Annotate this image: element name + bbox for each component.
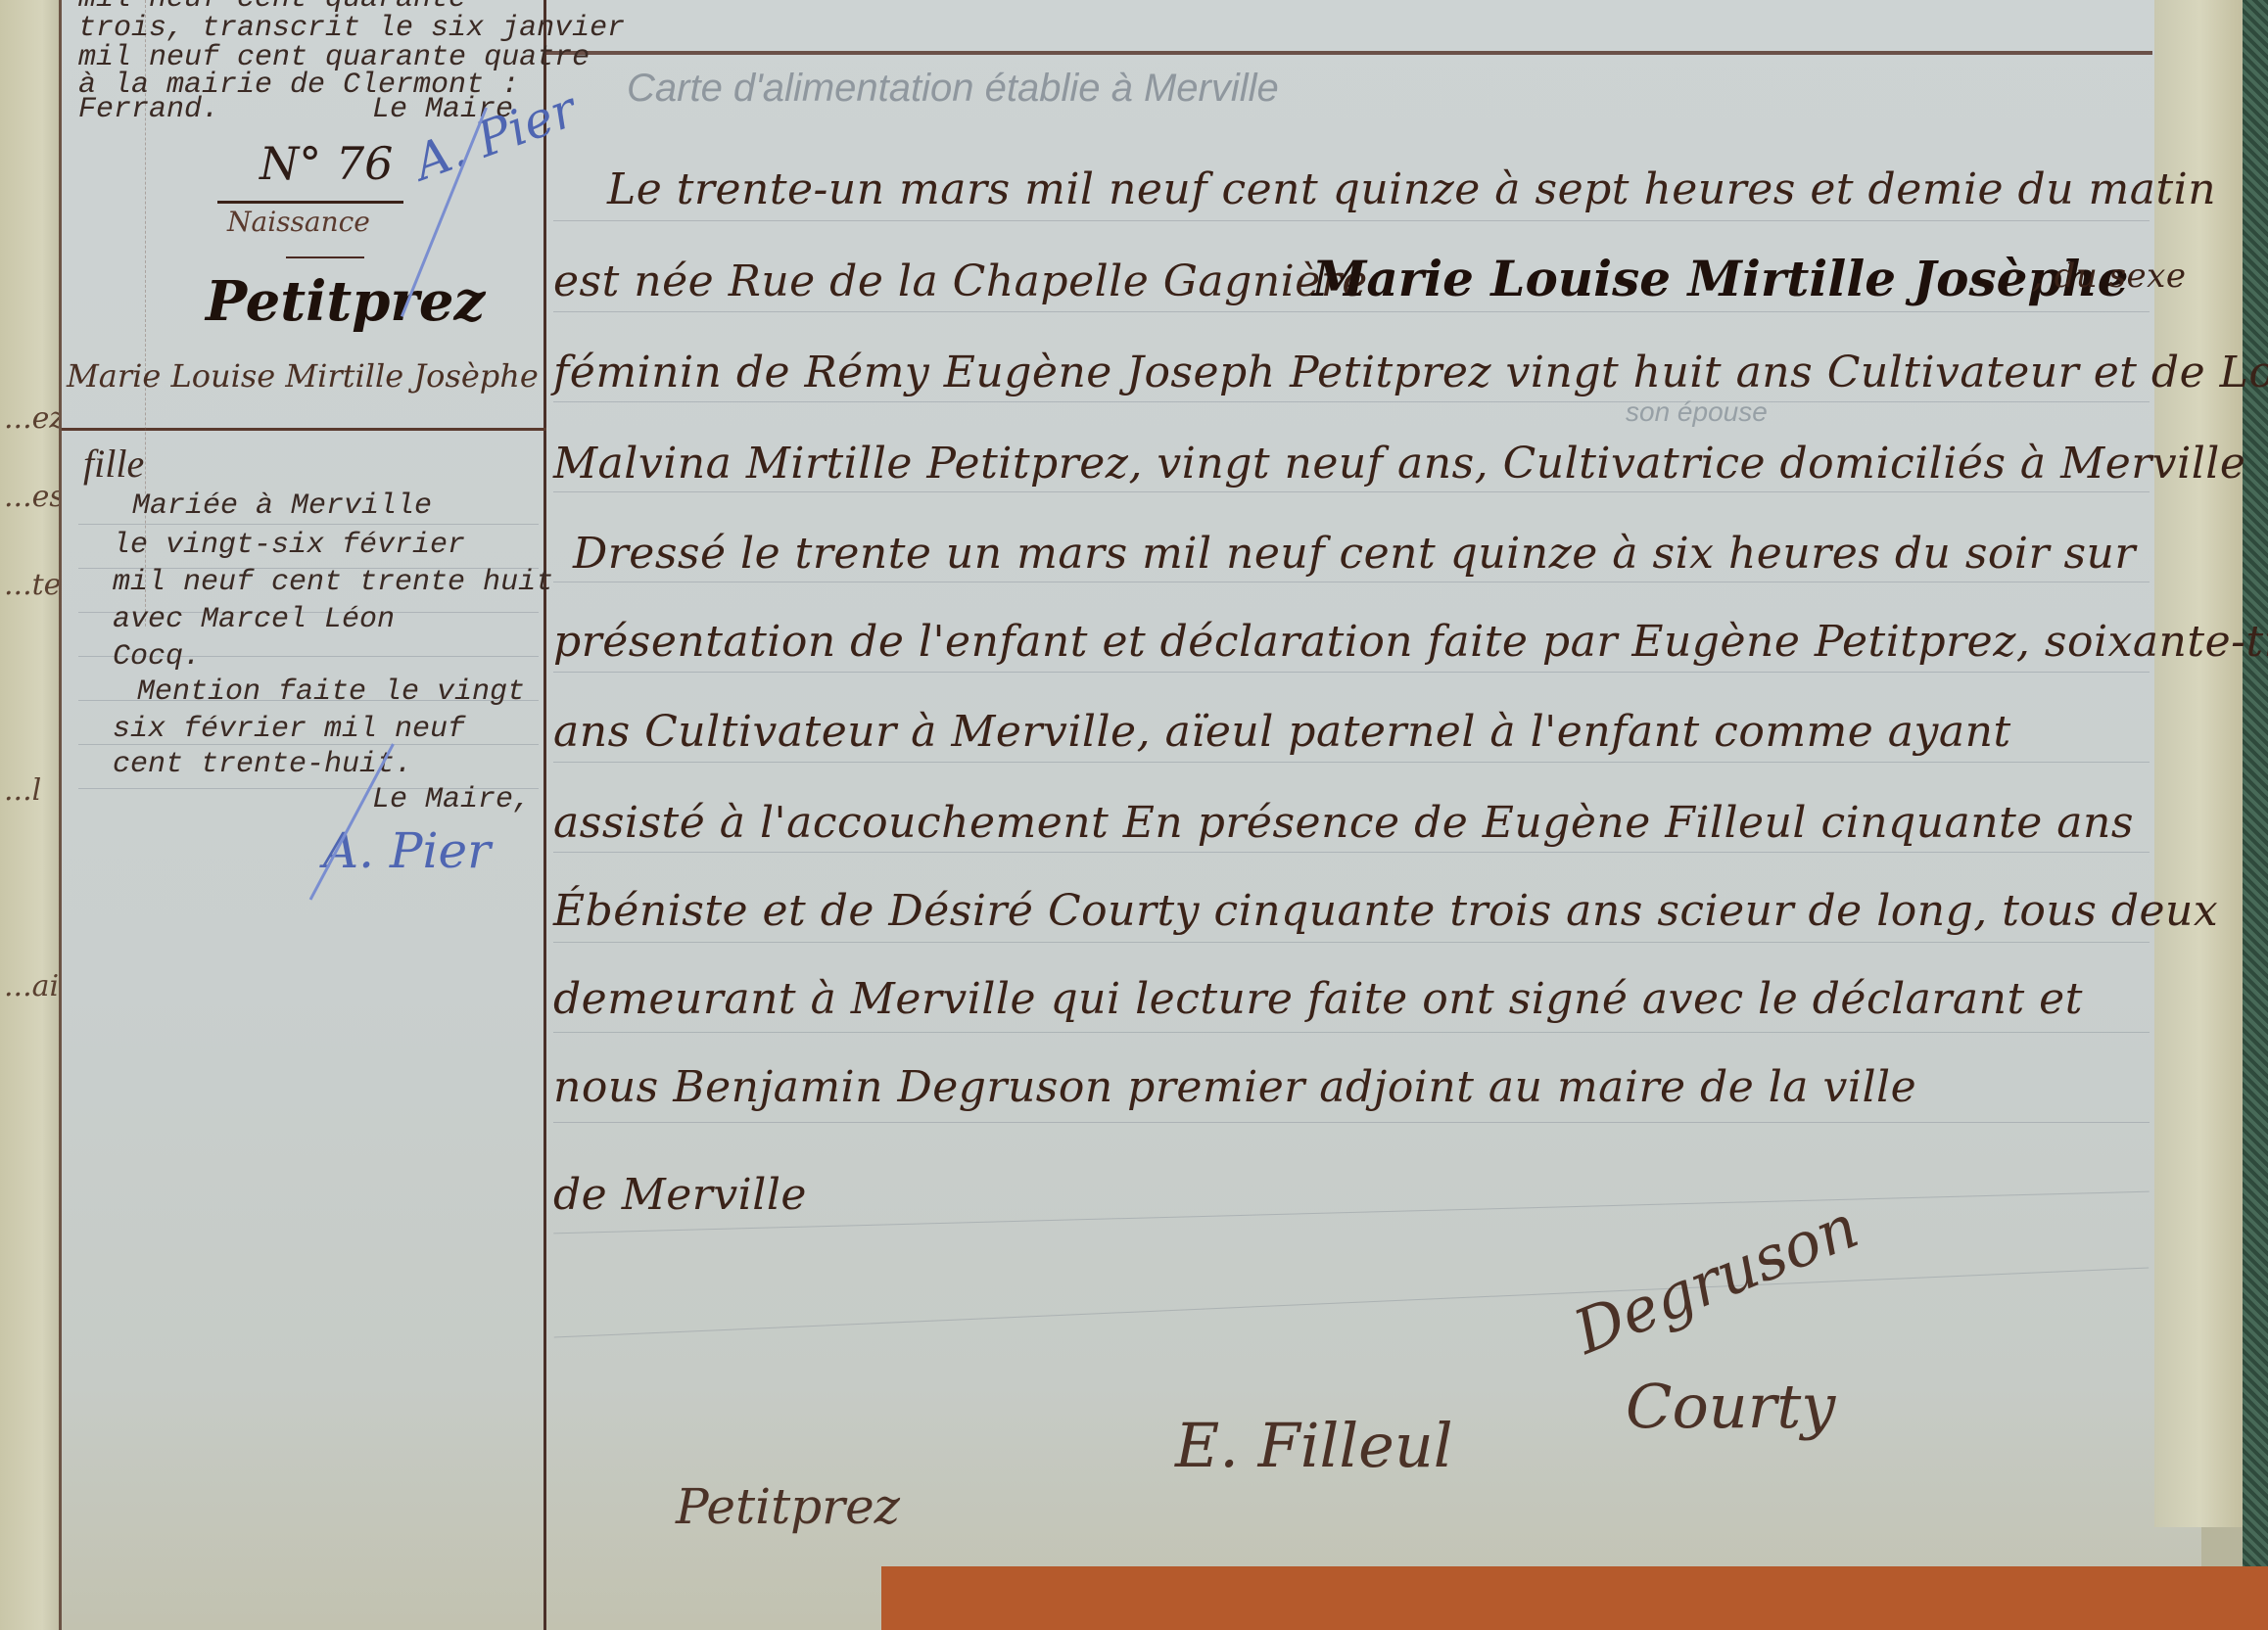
ruled-line <box>553 1032 2150 1033</box>
ruled-line <box>553 401 2150 402</box>
pencil-spouse-note: son épouse <box>1626 396 1768 428</box>
act-line: féminin de Rémy Eugène Joseph Petitprez … <box>553 348 2268 397</box>
ruled-line <box>553 311 2150 312</box>
margin-column-rule <box>543 0 546 1630</box>
annotation-line: cent trente-huit. <box>113 748 412 781</box>
act-line: Le trente-un mars mil neuf cent quinze à… <box>607 164 2216 214</box>
entry-surname: Petitprez <box>206 269 485 334</box>
act-line: est née Rue de la Chapelle Gagnière <box>553 256 1368 306</box>
annotation-line: six février mil neuf <box>113 713 465 746</box>
annotation-line: mil neuf cent trente huit <box>113 566 553 599</box>
act-line: demeurant à Merville qui lecture faite o… <box>553 974 2083 1024</box>
act-line-tail: , du sexe <box>2032 256 2186 296</box>
table-surface <box>881 1566 2268 1630</box>
ruled-line <box>553 672 2150 673</box>
entry-type: Naissance <box>227 206 370 238</box>
act-line: Dressé le trente un mars mil neuf cent q… <box>573 529 2136 579</box>
annotation-signoff: Le Maire, <box>372 783 531 816</box>
book-cover-cloth <box>2243 0 2268 1630</box>
ruled-line <box>553 852 2150 853</box>
annotation-line: Mention faite le vingt <box>137 675 525 709</box>
annotation-line: avec Marcel Léon <box>113 603 395 636</box>
entry-number-underline <box>217 201 403 204</box>
act-line: Malvina Mirtille Petitprez, vingt neuf a… <box>553 439 2245 489</box>
prev-page-fragment: ...es <box>4 480 65 514</box>
act-line: ans Cultivateur à Merville, aïeul patern… <box>553 707 2011 757</box>
signature-witness-courty: Courty <box>1626 1371 1835 1442</box>
entry-given-names: Marie Louise Mirtille Josèphe <box>67 357 539 395</box>
entry-separator-rule <box>546 51 2152 55</box>
child-name: Marie Louise Mirtille Josèphe <box>1312 250 2129 307</box>
signature-witness-filleul: E. Filleul <box>1175 1410 1453 1481</box>
prev-note-line: Ferrand. <box>78 93 219 126</box>
margin-section-divider <box>62 428 546 431</box>
prev-page-fragment: ...te <box>4 568 61 602</box>
annotation-line: Cocq. <box>113 640 201 674</box>
ruled-line <box>553 491 2150 492</box>
ruled-line <box>553 220 2150 221</box>
prev-note-line: trois, transcrit le six janvier <box>78 12 625 45</box>
ruled-line <box>553 1122 2150 1123</box>
act-line: nous Benjamin Degruson premier adjoint a… <box>553 1062 1916 1112</box>
sex-label: fille <box>83 441 144 487</box>
act-line: de Merville <box>553 1170 807 1220</box>
signature-declarant: Petitprez <box>676 1478 900 1535</box>
entry-type-underline <box>286 256 364 258</box>
act-line: assisté à l'accouchement En présence de … <box>553 798 2134 848</box>
ruled-line <box>553 762 2150 763</box>
margin-ruled-line <box>78 524 539 525</box>
annotation-line: le vingt-six février <box>113 529 465 562</box>
ruled-line <box>553 942 2150 943</box>
prev-page-fragment: ...ez <box>4 401 65 436</box>
prev-page-fragment: ...l <box>4 773 41 808</box>
pencil-ration-card-note: Carte d'alimentation établie à Merville <box>627 67 1279 111</box>
ruled-line <box>553 582 2150 582</box>
annotation-line: Mariée à Merville <box>132 489 432 523</box>
act-line: Ébéniste et de Désiré Courty cinquante t… <box>553 886 2218 936</box>
entry-number: N° 76 <box>260 137 393 190</box>
act-line: présentation de l'enfant et déclaration … <box>553 617 2268 667</box>
